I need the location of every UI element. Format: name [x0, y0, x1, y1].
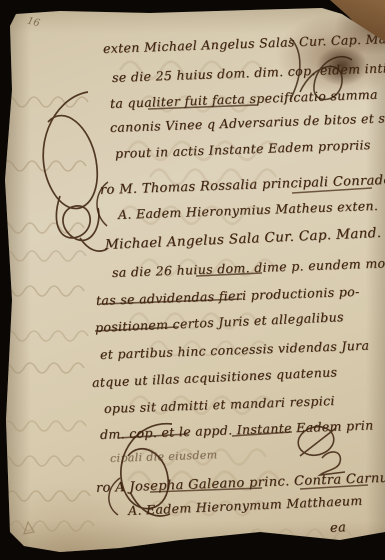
- manuscript-line: opus sit admitti et mandari respici: [104, 393, 335, 416]
- manuscript-line: A. Eadem Hieronymius Matheus exten.: [118, 198, 379, 222]
- corner-triangle-mark: [24, 522, 34, 534]
- manuscript-line: dm. cop. et le appd. Instante Eadem prin: [100, 417, 374, 442]
- corner-numbering: 16: [26, 16, 41, 30]
- photo-background: 16 exten Michael Angelus Salas Cur. Cap.…: [0, 0, 385, 560]
- flourish-initial-p-upper: [43, 92, 107, 251]
- manuscript-line: ro M. Thomas Rossalia principali Conrado…: [100, 172, 385, 198]
- manuscript-line: atque ut illas acquisitiones quatenus: [92, 364, 338, 390]
- manuscript-line: ta qualiter fuit facta specificatio summ…: [110, 87, 378, 111]
- manuscript-line: et partibus hinc concessis videndas Jura: [100, 338, 370, 362]
- manuscript-line: sa die 26 huius dom. dime p. eundem moni…: [112, 255, 385, 280]
- manuscript-line: ro A Josepha Galeano princ. Contra Carnu…: [96, 470, 385, 496]
- manuscript-line: A. Eadem Hieronymum Matthaeum: [128, 493, 363, 518]
- manuscript-line: prout in actis Instante Eadem propriis: [115, 137, 371, 161]
- manuscript-line: canonis Vinee q Adversarius de bitos et …: [110, 110, 385, 135]
- manuscript-line: ea: [330, 520, 347, 536]
- manuscript-line: positionem certos Juris et allegalibus: [95, 309, 344, 335]
- manuscript-line: cipali die eiusdem: [110, 448, 218, 465]
- manuscript-line: tas se advidendas fieri productionis po-: [96, 284, 360, 308]
- manuscript-page: 16 exten Michael Angelus Salas Cur. Cap.…: [0, 0, 385, 560]
- manuscript-line: Michael Angelus Sala Cur. Cap. Mand.: [105, 225, 382, 253]
